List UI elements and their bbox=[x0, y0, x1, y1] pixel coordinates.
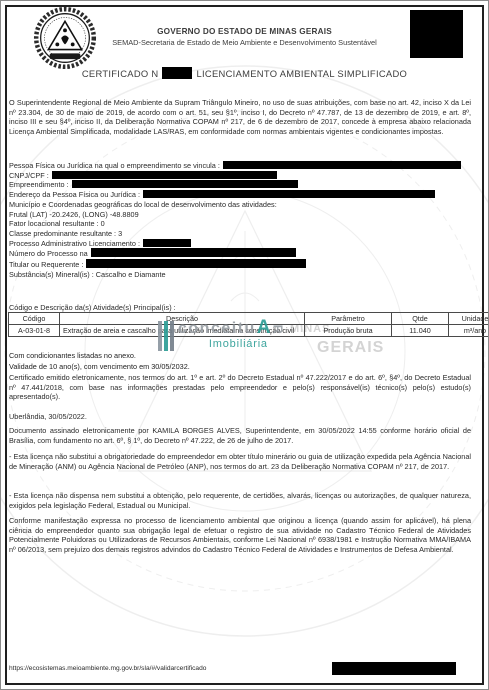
validade-note: Validade de 10 ano(s), com vencimento em… bbox=[9, 362, 190, 371]
activities-section-label: Código e Descrição da(s) Atividade(s) Pr… bbox=[9, 303, 176, 312]
redacted-titular-value bbox=[86, 259, 306, 268]
field-empreendimento: Empreendimento : bbox=[9, 180, 471, 190]
field-cnpj-label: CNPJ/CPF : bbox=[9, 171, 49, 180]
certificate-title: CERTIFICADO N LICENCIAMENTO AMBIENTAL SI… bbox=[1, 67, 488, 79]
validation-url-link[interactable]: https://ecosistemas.meioambiente.mg.gov.… bbox=[9, 665, 206, 672]
field-titular-label: Titular ou Requerente : bbox=[9, 260, 83, 269]
col-qtde: Qtde bbox=[392, 313, 449, 325]
activities-table: Código Descrição Parâmetro Qtde Unidade … bbox=[8, 312, 489, 337]
cell-codigo: A-03-01-8 bbox=[9, 325, 60, 337]
paragraph-assinatura: Documento assinado eletronicamente por K… bbox=[9, 426, 471, 445]
redacted-cnpj-value bbox=[52, 171, 277, 179]
redacted-vinculo-value bbox=[223, 161, 461, 169]
field-substancia: Substância(s) Mineral(is) : Cascalho e D… bbox=[9, 270, 471, 280]
field-numero-processo: Número do Processo na bbox=[9, 248, 471, 259]
field-coordenadas: Frutal (LAT) -20.2426, (LONG) -48.8809 bbox=[9, 210, 471, 220]
field-processo-label: Processo Administrativo Licenciamento : bbox=[9, 239, 140, 248]
paragraph-licenca-certidoes: - Esta licença não dispensa nem substitu… bbox=[9, 491, 471, 510]
field-municipio: Município e Coordenadas geográficas do l… bbox=[9, 200, 471, 210]
title-prefix: CERTIFICADO N bbox=[82, 68, 159, 79]
field-numero-processo-label: Número do Processo na bbox=[9, 249, 88, 258]
paragraph-certificado-eletronico: Certificado emitido eletronicamente, nos… bbox=[9, 373, 471, 402]
redacted-empreendimento-value bbox=[72, 180, 298, 188]
col-codigo: Código bbox=[9, 313, 60, 325]
title-suffix: LICENCIAMENTO AMBIENTAL SIMPLIFICADO bbox=[196, 68, 407, 79]
cell-qtde: 11.040 bbox=[392, 325, 449, 337]
field-titular: Titular ou Requerente : bbox=[9, 259, 471, 270]
col-unidade: Unidade bbox=[449, 313, 489, 325]
redacted-endereco-value bbox=[143, 190, 435, 198]
cell-unidade: m³/ano bbox=[449, 325, 489, 337]
cell-descricao: Extração de areia e cascalho para utiliz… bbox=[60, 325, 305, 337]
field-endereco: Endereço da Pessoa Física ou Jurídica : bbox=[9, 190, 471, 200]
field-classe: Classe predominante resultante : 3 bbox=[9, 229, 471, 239]
field-empreendimento-label: Empreendimento : bbox=[9, 180, 69, 189]
condicionantes-note: Com condicionantes listadas no anexo. bbox=[9, 351, 136, 360]
table-row: A-03-01-8 Extração de areia e cascalho p… bbox=[9, 325, 489, 337]
paragraph-cadastro-federal: Conforme manifestação expressa no proces… bbox=[9, 516, 471, 554]
col-parametro: Parâmetro bbox=[305, 313, 392, 325]
col-descricao: Descrição bbox=[60, 313, 305, 325]
redacted-numero-processo-value bbox=[91, 248, 296, 257]
field-vinculo: Pessoa Física ou Jurídica na qual o empr… bbox=[9, 161, 471, 171]
redacted-footer-box bbox=[332, 662, 456, 675]
field-fator-locacional: Fator locacional resultante : 0 bbox=[9, 219, 471, 229]
redacted-header-box bbox=[410, 10, 463, 58]
fields-block: Pessoa Física ou Jurídica na qual o empr… bbox=[9, 161, 471, 279]
intro-paragraph: O Superintendente Regional de Meio Ambie… bbox=[9, 98, 471, 136]
conceitual-subtitle: Imobiliária bbox=[209, 338, 268, 350]
redacted-processo-value bbox=[143, 239, 191, 247]
field-vinculo-label: Pessoa Física ou Jurídica na qual o empr… bbox=[9, 161, 220, 170]
activities-header-row: Código Descrição Parâmetro Qtde Unidade bbox=[9, 313, 489, 325]
field-endereco-label: Endereço da Pessoa Física ou Jurídica : bbox=[9, 190, 140, 199]
field-processo: Processo Administrativo Licenciamento : bbox=[9, 239, 471, 249]
paragraph-local-data: Uberlândia, 30/05/2022. bbox=[9, 412, 471, 422]
field-cnpj: CNPJ/CPF : bbox=[9, 171, 471, 181]
cell-parametro: Produção bruta bbox=[305, 325, 392, 337]
paragraph-licenca-anm: - Esta licença não substitui a obrigator… bbox=[9, 452, 471, 471]
redacted-certificate-number bbox=[162, 67, 192, 79]
certificate-page: MINAS GERAIS GOVERNO DO ESTADO DE MINAS … bbox=[0, 0, 489, 690]
